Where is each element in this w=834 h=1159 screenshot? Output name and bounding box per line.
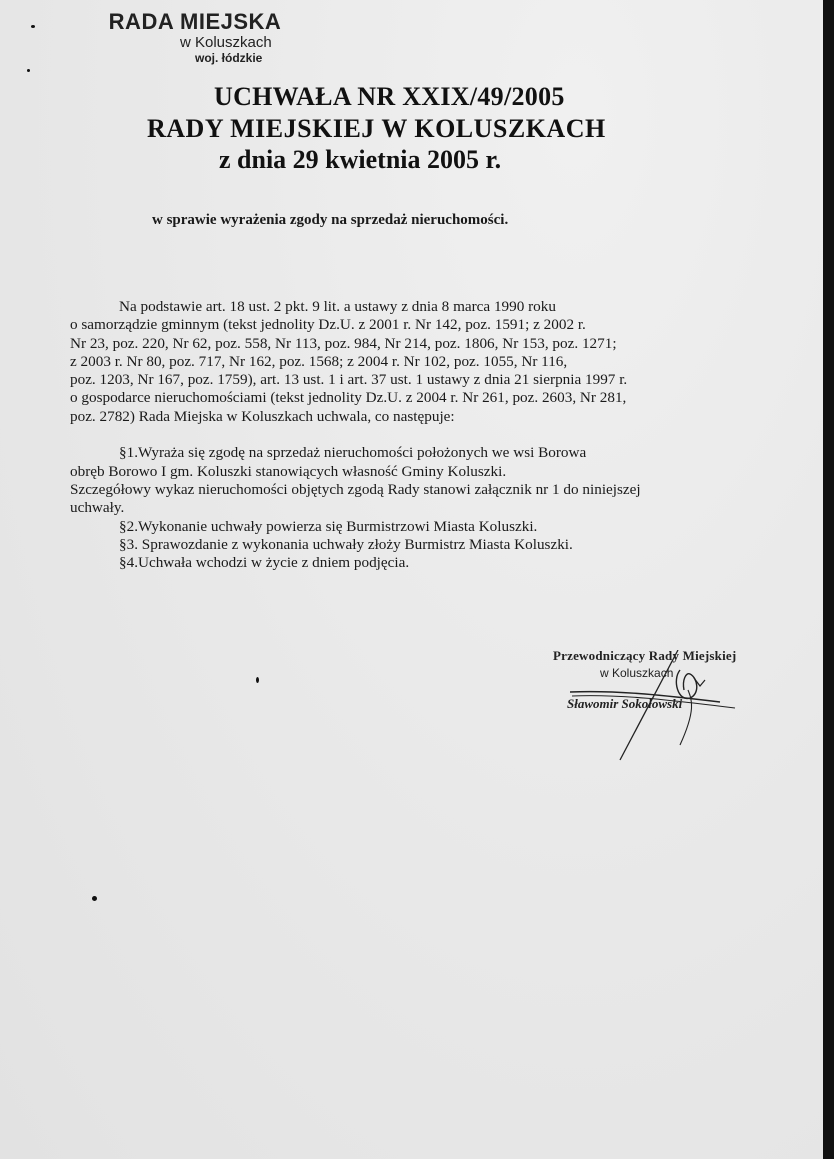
preamble-line: o samorządzie gminnym (tekst jednolity D… <box>70 316 730 334</box>
council-stamp: RADA MIEJSKA w Koluszkach woj. łódzkie <box>100 10 290 65</box>
stamp-line-3: woj. łódzkie <box>170 51 290 65</box>
scanned-page: RADA MIEJSKA w Koluszkach woj. łódzkie U… <box>0 0 823 1159</box>
preamble-line: z 2003 r. Nr 80, poz. 717, Nr 162, poz. … <box>70 353 730 371</box>
scan-speck <box>27 69 30 72</box>
preamble-line: Na podstawie art. 18 ust. 2 pkt. 9 lit. … <box>70 298 730 316</box>
paragraph-1-cont: Szczegółowy wykaz nieruchomości objętych… <box>70 481 730 499</box>
paragraph-1-cont: obręb Borowo I gm. Koluszki stanowiących… <box>70 463 730 481</box>
scan-speck <box>256 677 259 683</box>
signatory-name: Sławomir Sokołowski <box>567 696 773 712</box>
signatory-title: Przewodniczący Rady Miejskiej <box>553 648 773 664</box>
preamble-line: o gospodarce nieruchomościami (tekst jed… <box>70 389 730 407</box>
scan-border <box>823 0 834 1159</box>
paragraph-4: §4.Uchwała wchodzi w życie z dniem podję… <box>70 554 730 572</box>
stamp-line-1: RADA MIEJSKA <box>100 10 290 34</box>
paragraph-1: §1.Wyraża się zgodę na sprzedaż nierucho… <box>70 444 730 462</box>
paragraph-3: §3. Sprawozdanie z wykonania uchwały zło… <box>70 536 730 554</box>
resolution-number: UCHWAŁA NR XXIX/49/2005 <box>214 82 565 112</box>
council-name: RADY MIEJSKIEJ W KOLUSZKACH <box>147 114 606 144</box>
preamble-line: poz. 1203, Nr 167, poz. 1759), art. 13 u… <box>70 371 730 389</box>
signatory-place: w Koluszkach <box>600 666 773 680</box>
resolution-date: z dnia 29 kwietnia 2005 r. <box>219 145 501 175</box>
scan-speck <box>92 896 97 901</box>
paragraph-1-cont: uchwały. <box>70 499 730 517</box>
signature-stamp: Przewodniczący Rady Miejskiej w Koluszka… <box>553 648 773 712</box>
preamble-line: poz. 2782) Rada Miejska w Koluszkach uch… <box>70 408 730 426</box>
paragraph-2: §2.Wykonanie uchwały powierza się Burmis… <box>70 518 730 536</box>
preamble-line: Nr 23, poz. 220, Nr 62, poz. 558, Nr 113… <box>70 335 730 353</box>
stamp-line-2: w Koluszkach <box>160 34 290 51</box>
scan-speck <box>31 25 35 28</box>
resolution-body: Na podstawie art. 18 ust. 2 pkt. 9 lit. … <box>70 298 730 572</box>
resolution-subject: w sprawie wyrażenia zgody na sprzedaż ni… <box>152 212 508 229</box>
